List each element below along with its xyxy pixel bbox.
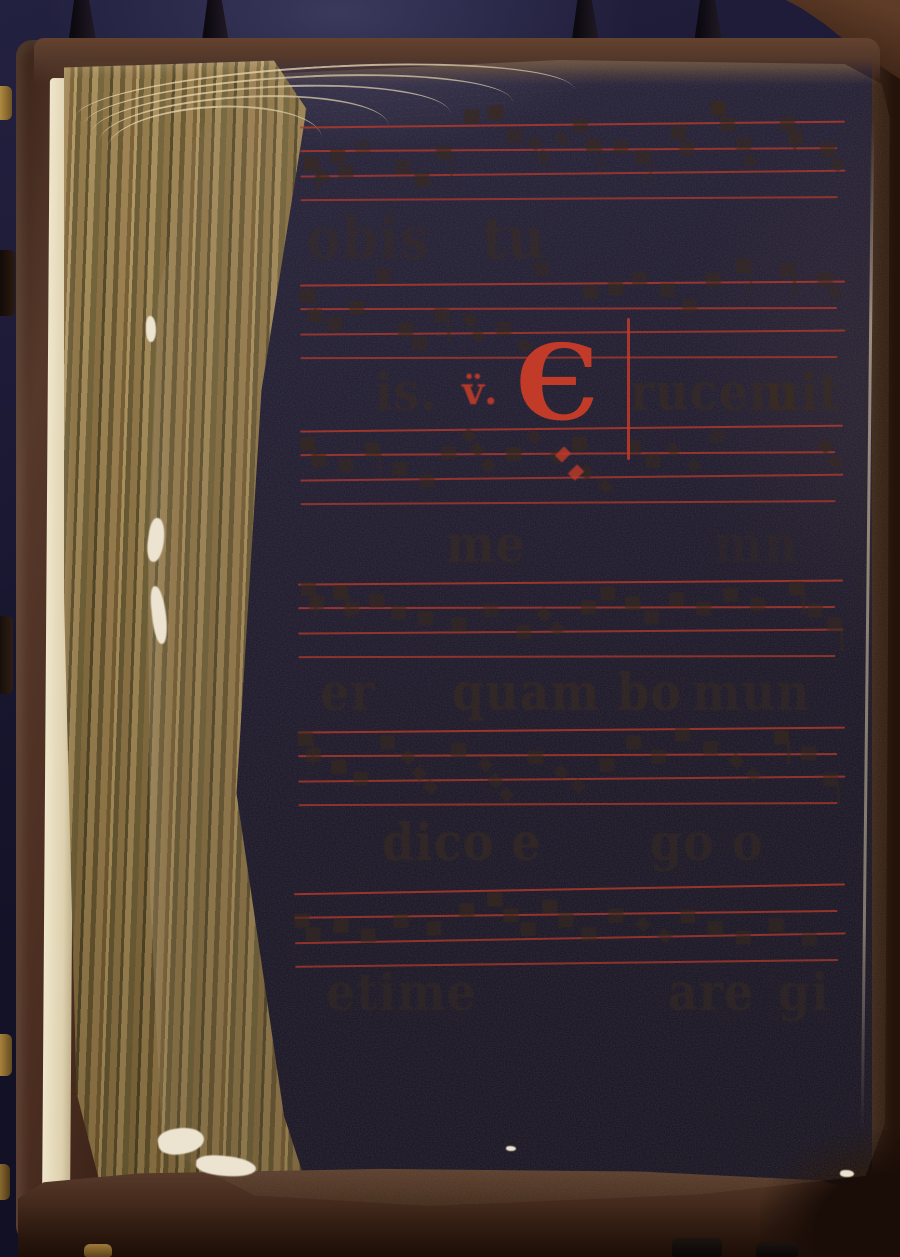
neume-square [708,921,723,935]
neume-diamond [554,131,570,147]
neume-square [679,142,694,156]
neume-stem [788,741,791,765]
neume-square [420,474,435,488]
staff-line [298,580,843,586]
neume-square [599,758,614,772]
neume-square [625,596,640,610]
staff-line [300,307,837,310]
neume-square [434,308,449,322]
brass-clasp-icon [0,1034,12,1076]
neume-square [412,336,427,350]
neume-square [398,322,413,336]
clasp-catch-icon [0,616,13,694]
brass-clasp-icon [0,86,12,120]
neume-square [460,903,475,917]
neume-square [427,921,442,935]
staff-line [294,883,845,895]
neume-square [528,750,543,764]
neume-square [583,285,598,299]
neume-square [632,271,647,285]
neume-square [581,927,596,941]
neume-diamond [477,757,493,773]
cradle-foot-icon [756,1242,798,1257]
neume-square [703,741,718,755]
neume-square [788,131,803,145]
neume-square [520,922,535,936]
neume-square [559,913,574,927]
neume-square [415,173,430,187]
lyric-word: mn [714,514,798,574]
staff-line [300,147,837,152]
neume-square [823,772,838,786]
neume-square [327,317,342,331]
neume-square [311,453,326,467]
neume-square [608,281,623,295]
neume-square [710,429,725,443]
staff-line [300,170,845,178]
neume-square [818,272,833,286]
cradle-foot-icon [672,1238,722,1257]
neume-square [600,586,615,600]
neume-square [488,105,503,119]
neume-square [788,581,803,595]
neume-diamond [400,749,416,765]
neume-square [338,459,353,473]
neume-square [393,462,408,476]
staff-line [298,753,837,757]
neume-square [294,913,309,927]
neume-square [608,908,623,922]
lyric-word: obis [306,204,430,272]
neume-square [626,736,641,750]
neume-square [827,617,842,631]
neume-diamond [745,767,761,783]
neume-diamond [470,328,486,344]
neume-square [307,309,322,323]
staff [300,121,846,213]
neume-square [507,129,522,143]
neume-square [651,749,666,763]
neume-square [736,137,751,151]
neume-square [750,598,765,612]
neume-square [614,140,629,154]
neume-square [306,748,321,762]
neume-stem [750,269,753,293]
neume-square [487,892,502,906]
neume-diamond [828,454,844,470]
staff [298,580,843,670]
neume-square [774,731,789,745]
neume-square [736,259,751,273]
neume-stem [379,452,382,476]
neume-square [542,900,557,914]
lyric-word: is. [375,362,437,422]
lyric-word: dico e [382,812,542,872]
brass-clasp-icon [0,1164,10,1200]
neume-square [306,927,321,941]
lyric-word: er [320,662,376,722]
neume-square [780,117,795,131]
neume-square [586,138,601,152]
neume-square [361,928,376,942]
neume-square [675,727,690,741]
staff-line [299,802,838,806]
neume-square [645,454,660,468]
neume-square [768,918,783,932]
neume-diamond [665,442,681,458]
neume-square [635,150,650,164]
neume-square [669,592,684,606]
neume-square [504,908,519,922]
neume-stem [802,591,805,615]
neume-square [300,289,315,303]
staff-line [301,196,838,201]
neume-diamond [686,458,702,474]
lyric-word: uit [766,362,841,422]
neume-square [572,118,587,132]
neume-square [303,157,318,171]
neume-square [436,146,451,160]
neume-diamond [656,928,672,944]
neume-stem [793,272,796,296]
neume-square [779,262,794,276]
neume-diamond [634,916,650,932]
staff [298,727,846,818]
staff-line [298,776,845,783]
neume-square [396,160,411,174]
neume-diamond [422,779,438,795]
neume-diamond [597,478,613,494]
neume-square [441,446,456,460]
neume-diamond [536,607,552,623]
neume-square [696,602,711,616]
neume-square [506,447,521,461]
neume-square [711,101,726,115]
lyric-word: quam bo [452,662,682,722]
neume-square [391,605,406,619]
neume-square [463,109,478,123]
neume-diamond [480,457,496,473]
neume-square [301,582,316,596]
neume-square [736,930,751,944]
neume-square [394,914,409,928]
neume-square [349,301,364,315]
neume-square [333,586,348,600]
chant-notation-layer: obistuis.rucemuitmemnerquam bomundico eg… [0,0,900,1257]
neume-square [338,165,353,179]
lyric-word: are [668,962,754,1022]
neume-square [365,442,380,456]
neume-square [298,732,313,746]
neume-square [355,140,370,154]
staff-line [298,727,845,734]
staff-line [301,500,836,505]
staff-line [298,629,843,635]
neume-square [333,919,348,933]
neume-square [801,746,816,760]
neume-stem [840,627,843,651]
neume-square [353,772,368,786]
neume-square [671,126,686,140]
initial-stem-flourish [627,318,630,460]
neume-square [723,588,738,602]
neume-square [483,603,498,617]
neume-diamond [499,786,515,802]
neume-square [682,299,697,313]
lyric-word: gi [778,962,830,1022]
neume-square [369,594,384,608]
neume-square [331,760,346,774]
neume-square [418,611,433,625]
neume-diamond [488,773,504,789]
neume-square [300,437,315,451]
neume-stem [447,318,450,342]
neume-stem [450,156,453,180]
neume-stem [649,160,652,184]
neume-diamond [535,149,551,165]
neume-diamond [827,284,843,300]
neume-square [309,596,324,610]
neume-square [581,600,596,614]
neume-diamond [742,153,758,169]
lyric-word: go o [650,812,764,872]
neume-square [706,273,721,287]
neume-square [451,743,466,757]
neume-square [644,610,659,624]
versicle-mark: v̈. [462,368,497,413]
neume-stem [600,148,603,172]
neume-square [344,602,359,616]
staff-line [295,932,846,944]
staff-line [298,655,835,658]
neume-square [821,142,836,156]
neume-square [660,283,675,297]
neume-square [516,625,531,639]
neume-square [496,322,511,336]
neume-square [451,617,466,631]
neume-stem [837,782,840,806]
neume-square [330,149,345,163]
neume-square [808,603,823,617]
clasp-catch-icon [0,250,15,316]
neume-square [720,117,735,131]
neume-square [380,735,395,749]
neume-diamond [550,621,566,637]
rubricated-initial: Є [516,336,599,430]
lyric-word: mun [692,662,811,722]
neume-diamond [462,312,478,328]
neume-square [680,909,695,923]
lyric-word: tu [482,204,546,272]
photo-of-manuscript-book: obistuis.rucemuitmemnerquam bomundico eg… [0,0,900,1257]
neume-square [802,932,817,946]
brass-foot-icon [84,1244,112,1257]
neume-diamond [570,778,586,794]
lyric-word: me [446,514,526,574]
lyric-word: etime [326,962,477,1022]
